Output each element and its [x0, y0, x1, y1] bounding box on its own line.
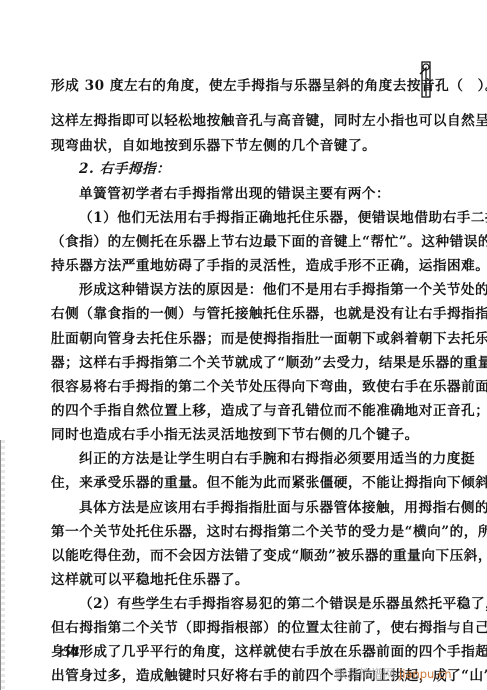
text-line: （食指）的左侧托在乐器上节右边最下面的音键上“帮忙”。这种错误的 — [51, 234, 487, 250]
text-line: 这样左拇指即可以轻松地按触音孔与高音键，同时左小指也可以自然呈 — [51, 113, 487, 129]
page-number: 54 — [62, 645, 80, 660]
text-line: 但右拇指第二个关节（即拇指根部）的位置太往前了，使右拇指与自己 — [51, 620, 487, 636]
text-line: （2）有些学生右手拇指容易犯的第二个错误是乐器虽然托平稳了， — [79, 596, 487, 612]
text-line: 持乐器方法严重地妨碍了手指的灵活性，造成手形不正确，运指困难。 — [51, 258, 487, 274]
text-line: 形成这种错误方法的原因是：他们不是用右手拇指第一个关节处的 — [79, 282, 487, 298]
text-line: 这样就可以平稳地托住乐器了。 — [51, 572, 249, 588]
watermark-site-name: 歌谱简谱网 — [335, 667, 395, 681]
text-line: 肚面朝向管身去托住乐器；而是使拇指指肚一面朝下或斜着朝下去托乐 — [51, 331, 487, 347]
text-line: 以能吃得住劲，而不会因方法错了变成“顺劲”被乐器的重量向下压斜， — [51, 548, 487, 564]
section-heading: 2. 右手拇指： — [79, 161, 170, 177]
watermark-domain: jianpu.cn — [399, 667, 452, 681]
text-line: 纠正的方法是让学生明白右手腕和右拇指必须要用适当的力度挺 — [79, 451, 475, 467]
scanned-page: 形成 30 度左右的角度，使左手拇指与乐器呈斜的角度去按音孔（ ）。 这样左拇指… — [0, 0, 487, 690]
text-line: 同时也造成右手小指无法灵活地按到下节右侧的几个键子。 — [51, 427, 419, 443]
text-line: 第一个关节处托住乐器，这时右拇指第二个关节的受力是“横向”的，所 — [51, 524, 487, 540]
text-line: 右侧（靠食指的一侧）与管托接触托住乐器，也就是没有让右手拇指指 — [51, 306, 487, 322]
text-line: 单簧管初学者右手拇指常出现的错误主要有两个： — [79, 186, 390, 202]
text-line: 的四个手指自然位置上移，造成了与音孔错位而不能准确地对正音孔； — [51, 403, 487, 419]
text-line: 身体形成了几乎平行的角度，这样就使右手放在乐器前面的四个手指超 — [51, 644, 487, 660]
text-line: 住，来承受乐器的重量。但不能为此而紧张僵硬，不能让拇指向下倾斜。 — [51, 475, 487, 491]
text-line: 现弯曲状，自如地按到乐器下节左侧的几个音键了。 — [51, 138, 376, 154]
text-line: 器；这样右手拇指第二个关节就成了“顺劲”去受力，结果是乐器的重量 — [51, 355, 487, 371]
text-line: 具体方法是应该用右手拇指指肚面与乐器管体接触，用拇指右侧的 — [79, 500, 487, 516]
text-line: （1）他们无法用右手拇指正确地托住乐器，便错误地借助右手二指 — [79, 210, 487, 226]
thumb-on-tone-hole-diagram-icon — [419, 60, 433, 98]
watermark: 歌谱简谱网jianpu.cn — [335, 665, 452, 682]
text-line: 很容易将右手拇指的第二个关节处压得向下弯曲，致使右手在乐器前面 — [51, 379, 487, 395]
scan-edge-artifact — [0, 440, 5, 690]
